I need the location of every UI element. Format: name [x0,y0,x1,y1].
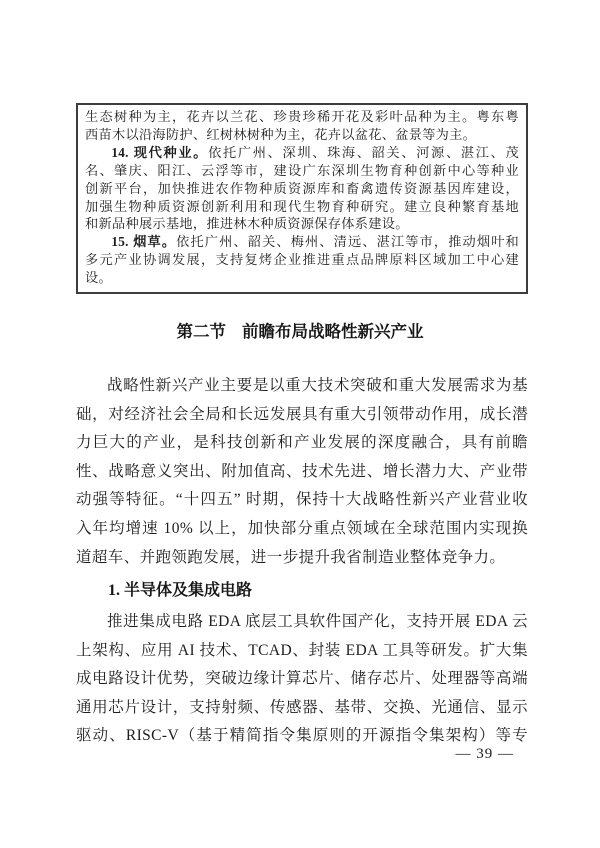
section-number: 第二节 [177,323,227,341]
page-number: — 39 — [456,746,515,763]
text-line: 础，对经济社会全局和长远发展具有重大引领带动作用，成长潜 [76,401,528,430]
document-page: 生态树种为主，花卉以兰花、珍贵珍稀开花及彩叶品种为主。粤东粤西苗木以沿海防护、红… [0,0,600,848]
text-run: 战略性新兴产业主要是以重大技术突破和重大发展需求为基 [107,377,528,394]
text-run: 依托广州、深圳、珠海、韶关、河源、湛江、茂 [208,145,519,160]
text-line: 多元产业协调发展，支持复烤企业推进重点品牌原料区域加工中心建 [85,251,519,269]
text-run: 生态树种为主，花卉以兰花、珍贵珍稀开花及彩叶品种为主。粤东粤 [85,109,519,124]
bold-text-run: 15. 烟草。 [111,234,176,249]
text-run: 成电路设计优势，突破边缘计算芯片、储存芯片、处理器等高端 [76,670,528,687]
text-line: 战略性新兴产业主要是以重大技术突破和重大发展需求为基 [76,372,528,401]
text-run: 性、战略意义突出、附加值高、技术先进、增长潜力大、产业带 [76,463,528,480]
text-line: 14. 现代种业。依托广州、深圳、珠海、韶关、河源、湛江、茂 [85,144,519,162]
text-run: 驱动、RISC-V（基于精简指令集原则的开源指令集架构）等专 [76,727,528,744]
text-run: 力巨大的产业，是科技创新和产业发展的深度融合，具有前瞻 [76,434,528,451]
text-run: 和新品种展示基地，推进林木种质资源保存体系建设。 [85,216,409,231]
section-title: 前瞻布局战略性新兴产业 [242,323,424,341]
text-run: 加强生物种质资源创新利用和现代生物育种研究。建立良种繁育基地 [85,199,519,214]
text-line: 推进集成电路 EDA 底层工具软件国产化，支持开展 EDA 云 [76,608,528,637]
text-line: 入年均增速 10% 以上，加快部分重点领域在全球范围内实现换 [76,515,528,544]
sub-heading-semiconductor: 1. 半导体及集成电路 [76,577,528,606]
text-line: 道超车、并跑领跑发展，进一步提升我省制造业整体竞争力。 [76,544,528,573]
text-run: 依托广州、韶关、梅州、清远、湛江等市，推动烟叶和 [176,234,519,249]
section-heading: 第二节前瞻布局战略性新兴产业 [0,320,600,344]
text-run: 道超车、并跑领跑发展，进一步提升我省制造业整体竞争力。 [76,549,505,566]
text-line: 通用芯片设计，支持射频、传感器、基带、交换、光通信、显示 [76,694,528,723]
text-line: 性、战略意义突出、附加值高、技术先进、增长潜力大、产业带 [76,458,528,487]
text-line: 15. 烟草。依托广州、韶关、梅州、清远、湛江等市，推动烟叶和 [85,233,519,251]
text-run: 创新平台，加快推进农作物种质资源库和畜禽遗传资源基因库建设， [85,181,519,196]
paragraph-strategic-industries: 战略性新兴产业主要是以重大技术突破和重大发展需求为基础，对经济社会全局和长远发展… [76,372,528,572]
text-run: 名、肇庆、阳江、云浮等市，建设广东深圳生物育种创新中心等种业 [85,163,519,178]
text-run: 设。 [85,270,112,285]
text-line: 成电路设计优势，突破边缘计算芯片、储存芯片、处理器等高端 [76,665,528,694]
text-run: 上架构、应用 AI 技术、TCAD、封装 EDA 工具等研发。扩大集 [76,642,528,659]
bold-text-run: 14. 现代种业。 [111,145,208,160]
text-line: 力巨大的产业，是科技创新和产业发展的深度融合，具有前瞻 [76,429,528,458]
text-line: 西苗木以沿海防护、红树林树种为主，花卉以盆花、盆景等为主。 [85,126,519,144]
text-line: 上架构、应用 AI 技术、TCAD、封装 EDA 工具等研发。扩大集 [76,637,528,666]
text-run: 通用芯片设计，支持射频、传感器、基带、交换、光通信、显示 [76,699,528,716]
text-line: 设。 [85,269,519,287]
text-run: 础，对经济社会全局和长远发展具有重大引领带动作用，成长潜 [76,406,528,423]
text-line: 加强生物种质资源创新利用和现代生物育种研究。建立良种繁育基地 [85,198,519,216]
text-run: 动强等特征。“十四五” 时期，保持十大战略性新兴产业营业收 [76,491,528,508]
paragraph-semiconductor: 推进集成电路 EDA 底层工具软件国产化，支持开展 EDA 云上架构、应用 AI… [76,608,528,751]
text-run: 推进集成电路 EDA 底层工具软件国产化，支持开展 EDA 云 [107,613,528,630]
boxed-note: 生态树种为主，花卉以兰花、珍贵珍稀开花及彩叶品种为主。粤东粤西苗木以沿海防护、红… [76,103,528,294]
text-run: 西苗木以沿海防护、红树林树种为主，花卉以盆花、盆景等为主。 [85,127,476,142]
text-line: 名、肇庆、阳江、云浮等市，建设广东深圳生物育种创新中心等种业 [85,162,519,180]
text-line: 生态树种为主，花卉以兰花、珍贵珍稀开花及彩叶品种为主。粤东粤 [85,108,519,126]
text-line: 创新平台，加快推进农作物种质资源库和畜禽遗传资源基因库建设， [85,180,519,198]
text-line: 动强等特征。“十四五” 时期，保持十大战略性新兴产业营业收 [76,486,528,515]
text-run: 入年均增速 10% 以上，加快部分重点领域在全球范围内实现换 [76,520,528,537]
text-line: 和新品种展示基地，推进林木种质资源保存体系建设。 [85,215,519,233]
text-run: 多元产业协调发展，支持复烤企业推进重点品牌原料区域加工中心建 [85,252,519,267]
